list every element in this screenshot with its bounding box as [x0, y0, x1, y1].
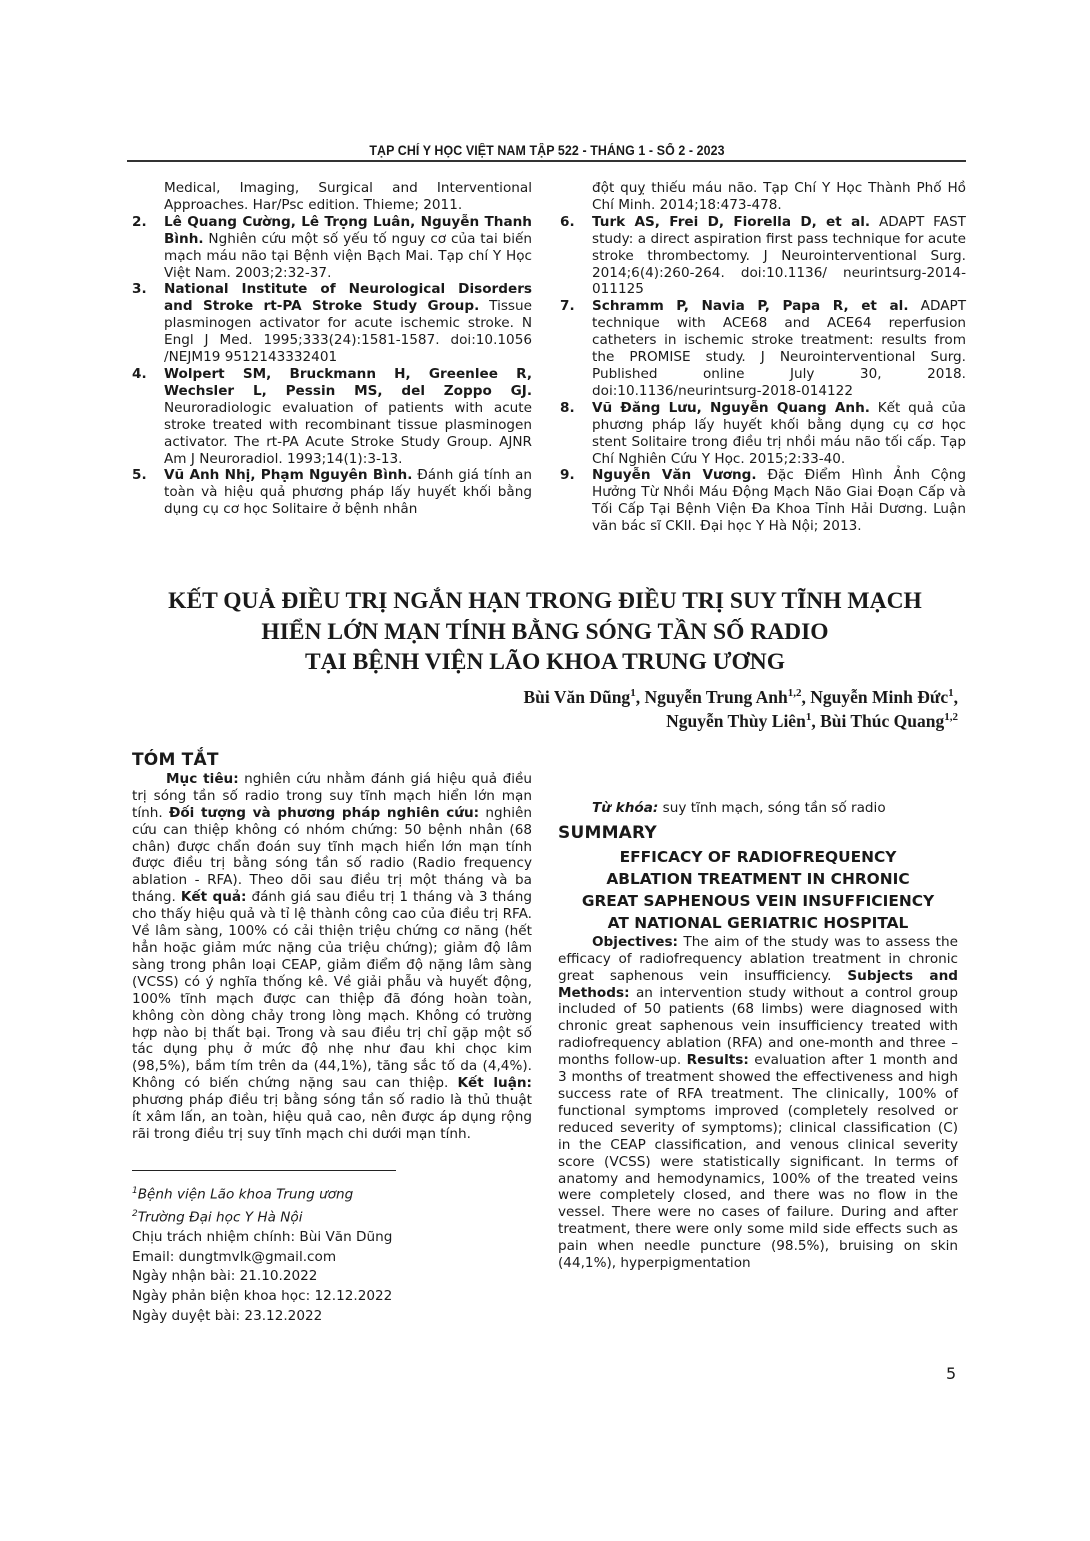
- english-title-line: AT NATIONAL GERIATRIC HOSPITAL: [558, 912, 958, 934]
- author-name: Nguyễn Minh Đức: [810, 687, 948, 707]
- reference-item: 4. Wolpert SM, Bruckmann H, Greenlee R, …: [132, 366, 532, 467]
- running-head: TẠP CHÍ Y HỌC VIỆT NAM TẬP 522 - THÁNG 1…: [162, 143, 933, 158]
- article-title: KẾT QUẢ ĐIỀU TRỊ NGẮN HẠN TRONG ĐIỀU TRỊ…: [120, 586, 970, 678]
- reference-item: 9. Nguyễn Văn Vương. Đặc Điểm Hình Ảnh C…: [560, 467, 966, 535]
- affiliation-text: Trường Đại học Y Hà Nội: [138, 1210, 303, 1226]
- date-reviewed: Ngày phản biện khoa học: 12.12.2022: [132, 1287, 532, 1307]
- keywords-label: Từ khóa:: [592, 800, 658, 816]
- reference-item: 7. Schramm P, Navia P, Papa R, et al. AD…: [560, 298, 966, 399]
- author-separator: ,: [811, 711, 820, 731]
- footnote-rule: [132, 1170, 396, 1171]
- reference-authors: Wolpert SM, Bruckmann H, Greenlee R, Wec…: [164, 366, 532, 399]
- reference-item: 3. National Institute of Neurological Di…: [132, 281, 532, 366]
- english-title-line: GREAT SAPHENOUS VEIN INSUFFICIENCY: [558, 890, 958, 912]
- english-title-line: EFFICACY OF RADIOFREQUENCY: [558, 846, 958, 868]
- journal-page: TẠP CHÍ Y HỌC VIỆT NAM TẬP 522 - THÁNG 1…: [0, 0, 1090, 1541]
- author-list: Bùi Văn Dũng1, Nguyễn Trung Anh1,2, Nguy…: [258, 685, 958, 733]
- reference-number: 2.: [132, 214, 164, 282]
- conclusion-text: phương pháp điều trị bằng sóng tần số ra…: [132, 1092, 532, 1142]
- objectives-label: Objectives:: [592, 934, 678, 950]
- reference-item: 2. Lê Quang Cường, Lê Trọng Luân, Nguyễn…: [132, 214, 532, 282]
- keywords: Từ khóa: suy tĩnh mạch, sóng tần số radi…: [558, 800, 958, 817]
- abstract-heading: TÓM TẮT: [132, 752, 532, 769]
- abstract-vietnamese: TÓM TẮT Mục tiêu: nghiên cứu nhằm đánh g…: [132, 752, 532, 1143]
- author-line: Bùi Văn Dũng1, Nguyễn Trung Anh1,2, Nguy…: [258, 685, 958, 709]
- reference-authors: Vũ Anh Nhị, Phạm Nguyên Bình.: [164, 467, 412, 483]
- reference-number: 4.: [132, 366, 164, 467]
- summary-english-column: Từ khóa: suy tĩnh mạch, sóng tần số radi…: [558, 750, 958, 1272]
- summary-body: Objectives: The aim of the study was to …: [558, 934, 958, 1272]
- references-right-column: đột quỵ thiếu máu não. Tạp Chí Y Học Thà…: [560, 180, 966, 535]
- summary-heading: SUMMARY: [558, 825, 958, 842]
- reference-text: Nghiên cứu một số yếu tố nguy cơ của tai…: [164, 231, 532, 281]
- author-name: Nguyễn Trung Anh: [644, 687, 787, 707]
- date-received: Ngày nhận bài: 21.10.2022: [132, 1267, 532, 1287]
- reference-number: 8.: [560, 400, 592, 468]
- title-line: KẾT QUẢ ĐIỀU TRỊ NGẮN HẠN TRONG ĐIỀU TRỊ…: [120, 586, 970, 617]
- reference-continuation: Medical, Imaging, Surgical and Intervent…: [132, 180, 532, 214]
- affiliation-text: Bệnh viện Lão khoa Trung ương: [138, 1187, 354, 1203]
- results-text: evaluation after 1 month and 3 months of…: [558, 1052, 958, 1271]
- reference-item: 5. Vũ Anh Nhị, Phạm Nguyên Bình. Đánh gi…: [132, 467, 532, 518]
- email: Email: dungtmvlk@gmail.com: [132, 1248, 532, 1268]
- english-title-line: ABLATION TREATMENT IN CHRONIC: [558, 868, 958, 890]
- author-separator: ,: [954, 687, 958, 707]
- date-accepted: Ngày duyệt bài: 23.12.2022: [132, 1307, 532, 1327]
- reference-number: 6.: [560, 214, 592, 299]
- author-affiliation: 1,2: [944, 711, 958, 723]
- affiliation-2: 2Trường Đại học Y Hà Nội: [132, 1205, 532, 1228]
- author-separator: ,: [802, 687, 811, 707]
- references-left-column: Medical, Imaging, Surgical and Intervent…: [132, 180, 532, 518]
- reference-number: 5.: [132, 467, 164, 518]
- reference-item: 8. Vũ Đăng Lưu, Nguyễn Quang Anh. Kết qu…: [560, 400, 966, 468]
- reference-authors: Turk AS, Frei D, Fiorella D, et al.: [592, 214, 870, 230]
- header-rule: [127, 160, 966, 162]
- english-title: EFFICACY OF RADIOFREQUENCY ABLATION TREA…: [558, 846, 958, 934]
- reference-authors: Schramm P, Navia P, Papa R, et al.: [592, 298, 909, 314]
- title-line: HIỂN LỚN MẠN TÍNH BẰNG SÓNG TẦN SỐ RADIO: [120, 617, 970, 648]
- objective-label: Mục tiêu:: [166, 771, 239, 787]
- author-line: Nguyễn Thùy Liên1, Bùi Thúc Quang1,2: [258, 709, 958, 733]
- methods-label: Đối tượng và phương pháp nghiên cứu:: [169, 805, 479, 821]
- reference-authors: National Institute of Neurological Disor…: [164, 281, 532, 314]
- results-text: đánh giá sau điều trị 1 tháng và 3 tháng…: [132, 889, 532, 1091]
- author-affiliation: 1,2: [788, 687, 802, 699]
- results-label: Results:: [687, 1052, 749, 1068]
- reference-continuation: đột quỵ thiếu máu não. Tạp Chí Y Học Thà…: [560, 180, 966, 214]
- author-name: Bùi Thúc Quang: [820, 711, 944, 731]
- results-label: Kết quả:: [181, 889, 247, 905]
- footnotes: 1Bệnh viện Lão khoa Trung ương 2Trường Đ…: [132, 1182, 532, 1326]
- reference-item: 6. Turk AS, Frei D, Fiorella D, et al. A…: [560, 214, 966, 299]
- corresponding-author: Chịu trách nhiệm chính: Bùi Văn Dũng: [132, 1228, 532, 1248]
- reference-authors: Nguyễn Văn Vương.: [592, 467, 757, 483]
- reference-number: 3.: [132, 281, 164, 366]
- reference-number: 9.: [560, 467, 592, 535]
- conclusion-label: Kết luận:: [458, 1075, 533, 1091]
- reference-text: Neuroradiologic evaluation of patients w…: [164, 400, 532, 467]
- reference-number: 7.: [560, 298, 592, 399]
- keywords-text: suy tĩnh mạch, sóng tần số radio: [658, 800, 885, 816]
- title-line: TẠI BỆNH VIỆN LÃO KHOA TRUNG ƯƠNG: [120, 647, 970, 678]
- affiliation-1: 1Bệnh viện Lão khoa Trung ương: [132, 1182, 532, 1205]
- reference-authors: Vũ Đăng Lưu, Nguyễn Quang Anh.: [592, 400, 870, 416]
- abstract-body: Mục tiêu: nghiên cứu nhằm đánh giá hiệu …: [132, 771, 532, 1143]
- author-name: Bùi Văn Dũng: [524, 687, 631, 707]
- author-name: Nguyễn Thùy Liên: [666, 711, 806, 731]
- page-number: 5: [946, 1364, 956, 1383]
